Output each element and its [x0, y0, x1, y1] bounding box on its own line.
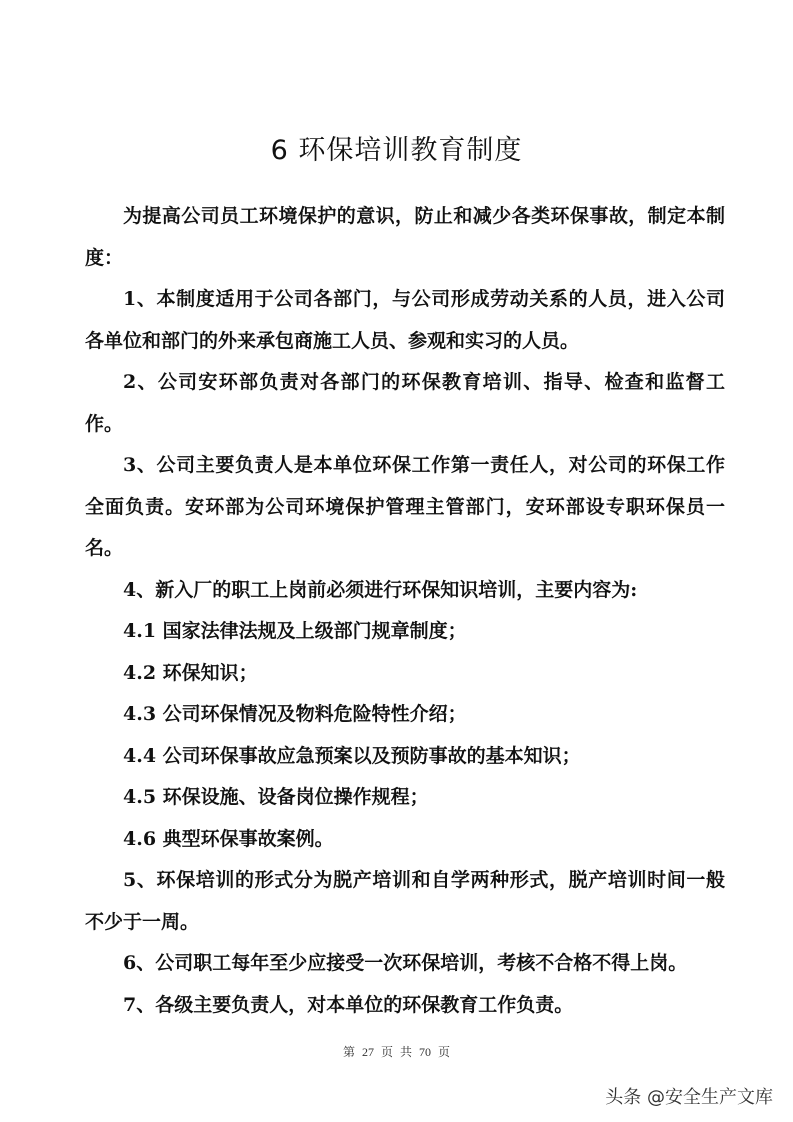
intro-paragraph: 为提高公司员工环境保护的意识，防止和减少各类环保事故，制定本制度： — [85, 196, 725, 279]
document-page: 6 环保培训教育制度 为提高公司员工环境保护的意识，防止和减少各类环保事故，制定… — [0, 0, 793, 1122]
subclause-4-6: 4.6 典型环保事故案例。 — [85, 819, 725, 861]
clause-7: 7、各级主要负责人，对本单位的环保教育工作负责。 — [85, 985, 725, 1027]
subclause-4-3: 4.3 公司环保情况及物料危险特性介绍； — [85, 694, 725, 736]
clause-4: 4、新入厂的职工上岗前必须进行环保知识培训，主要内容为: — [85, 570, 725, 612]
clause-1: 1、本制度适用于公司各部门，与公司形成劳动关系的人员，进入公司各单位和部门的外来… — [85, 279, 725, 362]
subclause-4-2: 4.2 环保知识； — [85, 653, 725, 695]
page-number-footer: 第 27 页 共 70 页 — [0, 1043, 793, 1060]
document-body: 为提高公司员工环境保护的意识，防止和减少各类环保事故，制定本制度： 1、本制度适… — [85, 196, 725, 1026]
source-watermark: 头条 @安全生产文库 — [605, 1083, 773, 1109]
subclause-4-4: 4.4 公司环保事故应急预案以及预防事故的基本知识； — [85, 736, 725, 778]
clause-6: 6、公司职工每年至少应接受一次环保培训，考核不合格不得上岗。 — [85, 943, 725, 985]
subclause-4-1: 4.1 国家法律法规及上级部门规章制度； — [85, 611, 725, 653]
subclause-4-5: 4.5 环保设施、设备岗位操作规程； — [85, 777, 725, 819]
clause-2: 2、公司安环部负责对各部门的环保教育培训、指导、检查和监督工作。 — [85, 362, 725, 445]
clause-5: 5、环保培训的形式分为脱产培训和自学两种形式，脱产培训时间一般不少于一周。 — [85, 860, 725, 943]
page-title: 6 环保培训教育制度 — [0, 128, 793, 167]
clause-3: 3、公司主要负责人是本单位环保工作第一责任人，对公司的环保工作全面负责。安环部为… — [85, 445, 725, 570]
